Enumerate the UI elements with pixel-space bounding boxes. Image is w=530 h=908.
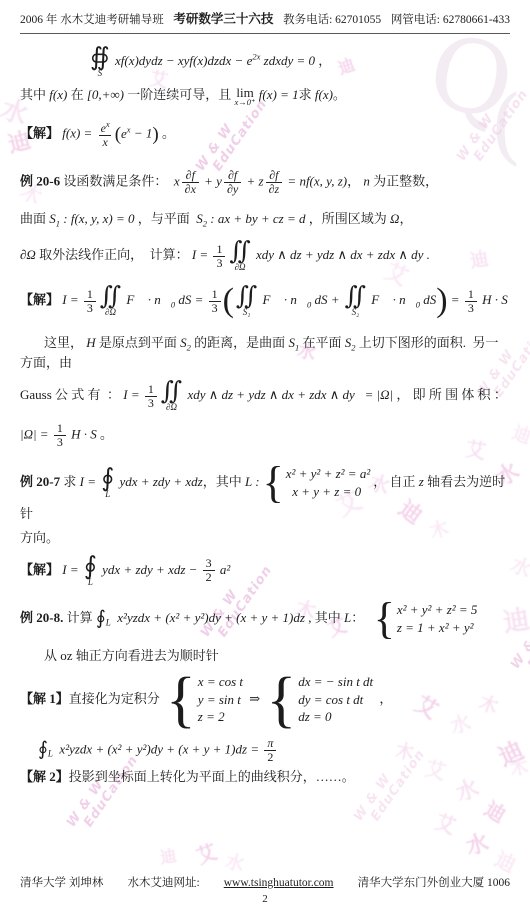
integral-operator: ∯S (90, 46, 110, 78)
denominator: 2 (203, 570, 215, 584)
text-fragment: 设函数满足条件： (60, 174, 174, 189)
math-subscripted: S1 (288, 335, 299, 350)
integral-operator: ∬∂Ω (100, 285, 121, 317)
math-fragment: dS + (311, 292, 343, 307)
integral-glyph: ∮ (38, 739, 48, 760)
math-fragment: f(x) = 1 (256, 87, 299, 102)
header-course-title: 考研数学三十六技 (173, 9, 273, 27)
page-number: 2 (0, 893, 530, 905)
math-fragment: dS (420, 292, 436, 307)
math-fragment: f(x) (49, 87, 67, 102)
system-row: dx = − sin t dt (298, 673, 373, 691)
page-footer: 清华大学 刘坤林 水木艾迪网址: www.tsinghuatutor.com 清… (20, 874, 510, 890)
numerator: ∂f (225, 169, 240, 182)
equation-system: {dx = − sin t dtdy = cos t dtdz = 0 (266, 669, 373, 731)
text-fragment: 曲面 (20, 211, 49, 226)
math-fragment: F⃗ · (368, 292, 399, 307)
text-fragment: 直接化为定积分 (69, 691, 163, 706)
math-subscripted: S2 (180, 335, 191, 350)
math-fragment: xdy ∧ dz + ydz ∧ dx + zdx ∧ dy . (253, 247, 430, 262)
denominator: ∂x (182, 182, 199, 196)
math-fragment: F⃗ · (259, 292, 290, 307)
math-fragment: dS = (175, 292, 207, 307)
integral-limit: S₁ (243, 308, 251, 317)
integral-limit: S (98, 69, 103, 78)
text-fragment: 一阶连续可导，且 (124, 87, 235, 102)
math-fragment: − 1 (131, 126, 153, 141)
math-fragment: L : (245, 474, 260, 489)
scanned-page: Q(W & WEduCationW & WEduCationW & WEduCa… (0, 0, 530, 908)
math-fragment: xf(x)dydz − xyf(x)dzdx − (112, 53, 247, 68)
header-phone-net: 网管电话: 62780661-433 (391, 11, 510, 27)
math-fragment: ydx + zdy + xdz − (99, 562, 201, 577)
example-label: 例 20-8. (20, 610, 63, 625)
integral-operator: ∬S₁ (236, 285, 257, 317)
system-row: y = sin t (198, 691, 243, 709)
math-fragment: : f(x, y, x) = 0 (60, 211, 134, 226)
denominator: 3 (54, 435, 66, 449)
math-fragment: I = (123, 387, 143, 402)
brace-glyph: { (374, 597, 395, 641)
text-fragment: Gauss 公 式 有 ： (20, 387, 123, 402)
text-fragment: 在平面 (299, 335, 345, 350)
integral-operator: ∮L (96, 610, 111, 625)
math-subscripted: n⃗0 (399, 292, 420, 307)
footer-site-label: 水木艾迪网址: (127, 874, 199, 890)
integral-glyph: ∮ (84, 555, 97, 579)
integral-operator: ∬∂Ω (229, 240, 250, 272)
numerator: ∂f (266, 169, 281, 182)
math-superscripted: ex (121, 126, 131, 141)
equation-system: {x² + y² + z² = 5z = 1 + x² + y² (374, 597, 478, 641)
solution-label: 【解】 (20, 292, 59, 307)
big-paren: ) (436, 282, 447, 319)
text-fragment: 方向。 (20, 530, 59, 545)
volume-line: |Ω| = 13 H · S 。 (20, 422, 510, 449)
numerator: ∂f (183, 169, 198, 182)
math-fragment: ⇒ (246, 691, 263, 706)
fraction: 13 (465, 288, 477, 315)
text-fragment: 取外法线作正向， 计算： (36, 247, 192, 262)
footer-address: 清华大学东门外创业大厦 1006 (358, 874, 510, 890)
fraction: 13 (84, 288, 96, 315)
compute-line: ∂Ω 取外法线作正向， 计算： I = 13∬∂Ω xdy ∧ dz + ydz… (20, 240, 510, 272)
solution-label: 【解 2】 (20, 769, 69, 784)
header-phone-admin: 教务电话: 62701055 (283, 11, 381, 27)
watermark-glyph: 水 (462, 826, 491, 862)
numerator: 3 (203, 557, 215, 570)
watermark-glyph: 迪 (480, 793, 512, 828)
math-subscripted: S2 (196, 211, 207, 226)
integral-operator: ∮L (38, 741, 53, 756)
system-row: dy = cos t dt (298, 691, 373, 709)
solution-20-6: 【解】 I = 13∬∂Ω F⃗ · n⃗0 dS = 13(∬S₁ F⃗ · … (20, 284, 510, 318)
math-fragment: H (86, 335, 95, 350)
solution-label: 【解 1】 (20, 691, 69, 706)
denominator: ∂y (224, 182, 241, 196)
denominator: 3 (84, 301, 96, 315)
system-rows: dx = − sin t dtdy = cos t dtdz = 0 (298, 673, 373, 726)
integral-operator: ∮L (101, 467, 114, 499)
denominator: x (99, 135, 110, 149)
math-fragment: [0,+∞) (87, 87, 124, 102)
limit-operator: limx→0⁺ (235, 86, 256, 107)
text-fragment: 。 (97, 427, 113, 442)
integral-limit: ∂Ω (105, 308, 116, 317)
watermark-glyph: 艾 (432, 805, 461, 839)
watermark-glyph: 水 (223, 847, 247, 877)
integral-operator: ∬S₂ (345, 285, 366, 317)
solution-label: 【解】 (20, 562, 59, 577)
math-fragment: : ax + by + cz = d (207, 211, 306, 226)
brace-glyph: { (263, 461, 284, 505)
integral-glyph: ∬ (229, 240, 250, 264)
integral-glyph: ∬ (161, 380, 182, 404)
text-fragment: 从 oz 轴正方向看进去为顺时针 (44, 648, 219, 663)
text-fragment: ： (351, 610, 371, 625)
numerator: 1 (145, 383, 157, 396)
text-fragment: , 其中 (305, 610, 344, 625)
fraction: 13 (209, 288, 221, 315)
text-fragment: 求 (299, 87, 315, 102)
system-row: x + y + z = 0 (286, 483, 371, 501)
example-20-6-intro: 例 20-6 设函数满足条件： x∂f∂x + y∂f∂y + z∂f∂z = … (20, 169, 510, 196)
math-fragment: H · S (479, 292, 508, 307)
integral-glyph: ∯ (90, 46, 110, 70)
text-fragment: ， 自正 (373, 474, 419, 489)
math-superscripted: ex (101, 121, 110, 135)
denominator: 3 (209, 301, 221, 315)
big-paren: ( (223, 282, 234, 319)
text-fragment: ， (315, 53, 331, 68)
numerator: 1 (213, 243, 225, 256)
text-fragment: ，与平面 (134, 211, 196, 226)
text-fragment: 的距离，是曲面 (191, 335, 289, 350)
math-fragment: ∂Ω (20, 247, 36, 262)
gauss-line: Gauss 公 式 有 ： I = 13∬∂Ω xdy ∧ dz + ydz ∧… (20, 380, 510, 412)
view-direction-line: 从 oz 轴正方向看进去为顺时针 (44, 647, 510, 665)
math-fragment: = nf(x, y, z) (284, 174, 347, 189)
integral-limit: ∂Ω (166, 403, 177, 412)
integral-glyph: ∮ (101, 467, 114, 491)
condition-line: 其中 f(x) 在 [0,+∞) 一阶连续可导，且 limx→0⁺ f(x) =… (20, 86, 510, 107)
math-fragment: = (448, 292, 463, 307)
solution1-20-8: 【解 1】直接化为定积分 {x = cos ty = sin tz = 2 ⇒ … (20, 669, 510, 731)
text-fragment: ， (376, 691, 392, 706)
math-fragment: H · S (68, 427, 97, 442)
math-subscripted: n⃗0 (290, 292, 311, 307)
integral-glyph: ∬ (236, 285, 257, 309)
math-superscripted: e2x (247, 53, 261, 68)
math-fragment: f(x) (315, 87, 333, 102)
equation-system: {x² + y² + z² = a² x + y + z = 0 (263, 461, 371, 505)
system-row: x = cos t (198, 673, 243, 691)
math-fragment: zdxdy = 0 (260, 53, 315, 68)
integral-limit: ∂Ω (235, 263, 246, 272)
integral-limit: L (88, 578, 93, 587)
text-fragment: ， (399, 211, 412, 226)
text-fragment: 求 (60, 474, 80, 489)
integral-result: ∮L x²yzdx + (x² + y²)dy + (x + y + 1)dz … (38, 737, 510, 764)
integral-limit: S₂ (352, 308, 360, 317)
numerator: ex (98, 120, 113, 135)
math-fragment: F⃗ · (123, 292, 154, 307)
brace-glyph: { (266, 669, 296, 731)
text-fragment: 。 (333, 87, 346, 102)
limit-subscript: x→0⁺ (235, 98, 256, 107)
footer-author: 清华大学 刘坤林 (20, 874, 103, 890)
math-fragment: + y (201, 174, 222, 189)
math-fragment: I = (192, 247, 212, 262)
math-fragment: I = (59, 292, 82, 307)
math-fragment: x²yzdx + (x² + y²)dy + (x + y + 1)dz = (53, 741, 262, 756)
explanation-line: 这里， H 是原点到平面 S2 的距离，是曲面 S1 在平面 S2 上切下图形的… (20, 334, 510, 372)
solution-20-5: 【解】 f(x) = exx(ex − 1) 。 (20, 120, 510, 149)
equation-system: {x = cos ty = sin tz = 2 (166, 669, 243, 731)
surfaces-line: 曲面 S1 : f(x, y, x) = 0 ，与平面 S2 : ax + by… (20, 210, 510, 230)
brace-glyph: { (166, 669, 196, 731)
fraction: 13 (54, 422, 66, 449)
text-fragment: 是原点到平面 (96, 335, 181, 350)
fraction: π2 (264, 737, 276, 764)
denominator: 3 (213, 256, 225, 270)
integral-operator: ∬∂Ω (161, 380, 182, 412)
text-fragment: 投影到坐标面上转化为平面上的曲线积分，……。 (69, 769, 355, 784)
document-body: ∯S xf(x)dydz − xyf(x)dzdx − e2x zdxdy = … (20, 46, 510, 785)
solution-20-7: 【解】 I = ∮L ydx + zdy + xdz − 32 a² (20, 555, 510, 587)
solution2-20-8: 【解 2】投影到坐标面上转化为平面上的曲线积分，……。 (20, 768, 510, 786)
text-fragment: 为正整数， (370, 174, 438, 189)
header-year-school: 2006 年 水木艾迪考研辅导班 (20, 11, 164, 27)
math-subscripted: S1 (49, 211, 60, 226)
fraction: 13 (145, 383, 157, 410)
fraction: ∂f∂z (266, 169, 283, 196)
example-20-8-intro: 例 20-8. 计算 ∮L x²yzdx + (x² + y²)dy + (x … (20, 597, 510, 641)
math-subscripted: n⃗0 (154, 292, 175, 307)
integral-limit: L (105, 490, 110, 499)
math-fragment: xdy ∧ dz + ydz ∧ dx + zdx ∧ dy = |Ω| (184, 387, 393, 402)
solution-label: 【解】 (20, 126, 59, 141)
numerator: 1 (465, 288, 477, 301)
system-row: x² + y² + z² = a² (286, 465, 371, 483)
header-rule (20, 33, 510, 34)
fraction: ∂f∂y (224, 169, 241, 196)
text-fragment: 这里， (44, 335, 86, 350)
text-fragment: ，所围区域为 (306, 211, 391, 226)
example-label: 例 20-6 (20, 174, 60, 189)
text-fragment: ， 即 所 围 体 积 ： (393, 387, 507, 402)
text-fragment: 在 (67, 87, 87, 102)
watermark-glyph: 迪 (491, 843, 521, 878)
math-fragment: I = (59, 562, 82, 577)
system-row: z = 2 (198, 708, 243, 726)
example-label: 例 20-7 (20, 474, 60, 489)
text-fragment: 计算 (63, 610, 96, 625)
integral-operator: ∮L (84, 555, 97, 587)
integral-glyph: ∬ (100, 285, 121, 309)
system-rows: x = cos ty = sin tz = 2 (198, 673, 243, 726)
text-fragment: 。 (159, 126, 175, 141)
example-20-7-intro: 例 20-7 求 I = ∮L ydx + zdy + xdz，其中 L :{x… (20, 461, 510, 523)
numerator: π (264, 737, 276, 750)
math-fragment: + z (243, 174, 263, 189)
fraction: exx (98, 120, 113, 149)
system-rows: x² + y² + z² = 5z = 1 + x² + y² (397, 601, 478, 636)
system-row: z = 1 + x² + y² (397, 619, 478, 637)
math-fragment: I = (80, 474, 100, 489)
text-fragment: ，其中 (203, 474, 245, 489)
denominator: 3 (145, 396, 157, 410)
fraction: 32 (203, 557, 215, 584)
math-fragment: x (174, 174, 180, 189)
text-fragment: 其中 (20, 87, 49, 102)
numerator: 1 (84, 288, 96, 301)
system-row: x² + y² + z² = 5 (397, 601, 478, 619)
math-fragment: |Ω| = (20, 427, 52, 442)
watermark-glyph: 艾 (192, 835, 221, 869)
denominator: 2 (264, 750, 276, 764)
math-subscripted: S2 (345, 335, 356, 350)
page-content: 2006 年 水木艾迪考研辅导班 考研数学三十六技 教务电话: 62701055… (0, 0, 530, 785)
integral-glyph: ∬ (345, 285, 366, 309)
fraction: ∂f∂x (182, 169, 199, 196)
page-header: 2006 年 水木艾迪考研辅导班 考研数学三十六技 教务电话: 62701055… (20, 0, 510, 27)
given-equation: ∯S xf(x)dydz − xyf(x)dzdx − e2x zdxdy = … (88, 46, 510, 78)
text-fragment: ， (347, 174, 363, 189)
math-fragment: x²yzdx + (x² + y²)dy + (x + y + 1)dz (111, 610, 305, 625)
system-rows: x² + y² + z² = a² x + y + z = 0 (286, 465, 371, 500)
fraction: 13 (213, 243, 225, 270)
numerator: 1 (209, 288, 221, 301)
denominator: 3 (465, 301, 477, 315)
integral-glyph: ∮ (96, 608, 106, 629)
watermark-glyph: 迪 (158, 843, 178, 868)
footer-site-url: www.tsinghuatutor.com (224, 877, 334, 889)
math-fragment: ydx + zdy + xdz (116, 474, 203, 489)
direction-line: 方向。 (20, 529, 510, 547)
numerator: 1 (54, 422, 66, 435)
math-fragment: f(x) = (59, 126, 96, 141)
math-fragment: a² (217, 562, 231, 577)
denominator: ∂z (266, 182, 283, 196)
system-row: dz = 0 (298, 708, 373, 726)
